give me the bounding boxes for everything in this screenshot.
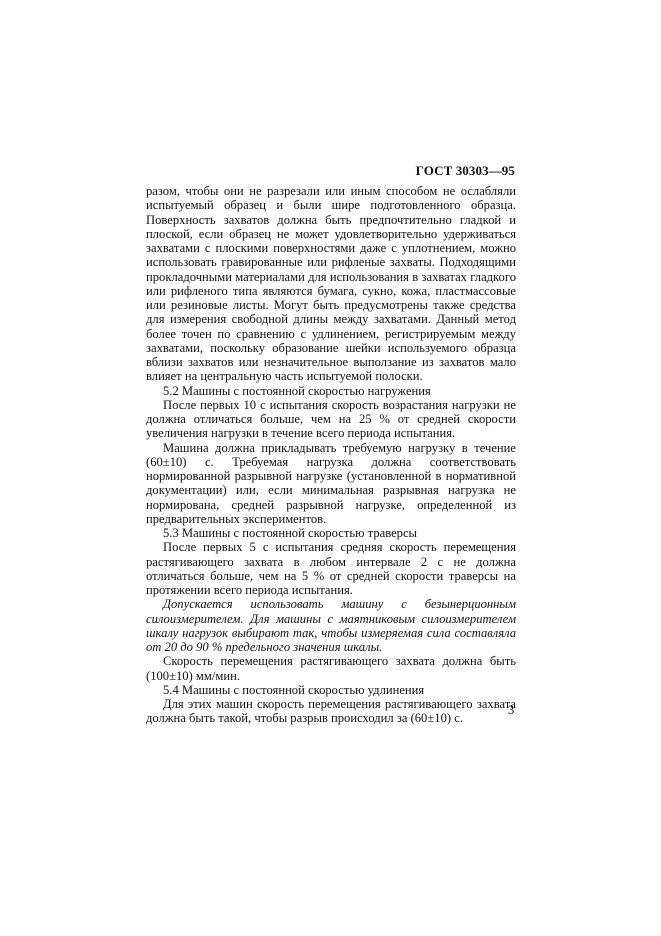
section-heading-5-3: 5.3 Машины с постоянной скоростью травер…	[146, 526, 516, 540]
paragraph-5-3-crosshead-speed: После первых 5 с испытания средняя скоро…	[146, 540, 516, 597]
page-number: 3	[508, 703, 514, 718]
document-code-header: ГОСТ 30303—95	[146, 163, 515, 179]
paragraph-5-3-italic-note: Допускается использовать машину с безыне…	[146, 597, 516, 654]
paragraph-5-4-elongation: Для этих машин скорость перемещения раст…	[146, 697, 516, 726]
section-heading-5-4: 5.4 Машины с постоянной скоростью удлине…	[146, 683, 516, 697]
document-body: разом, чтобы они не разрезали или иным с…	[146, 184, 516, 726]
paragraph-5-2-load-rate: После первых 10 с испытания скорость воз…	[146, 398, 516, 441]
paragraph-5-2-required-load: Машина должна прикладывать требуемую наг…	[146, 441, 516, 527]
paragraph-5-3-grip-speed: Скорость перемещения растягивающего захв…	[146, 654, 516, 683]
section-heading-5-2: 5.2 Машины с постоянной скоростью нагруж…	[146, 384, 516, 398]
paragraph-grips-continuation: разом, чтобы они не разрезали или иным с…	[146, 184, 516, 384]
